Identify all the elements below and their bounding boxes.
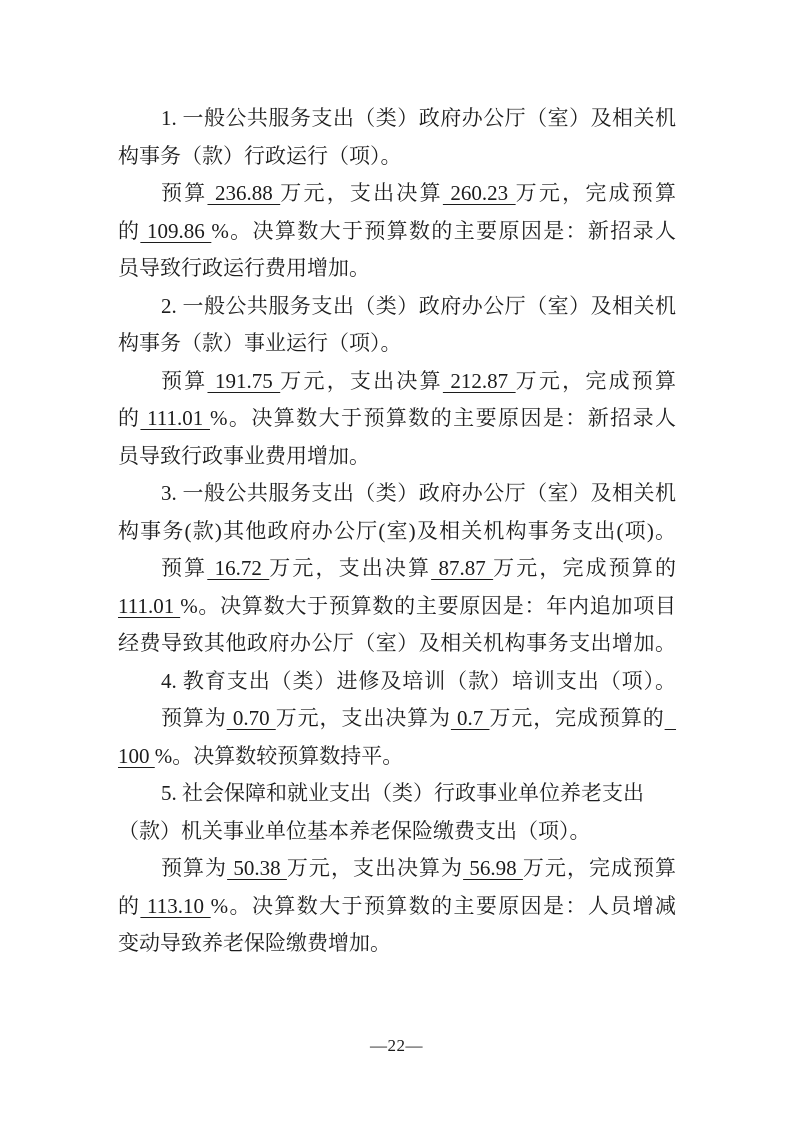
item-4-detail: 预算为 0.70 万元，支出决算为 0.7 万元，完成预算的 100 %。决算数… [118,700,676,775]
item2-budget-amount: 191.75 [207,369,280,393]
text-line: 111.01 %。决算数大于预算数的主要原因是：年内追加项目 [118,588,676,626]
text-run: 经费导致其他政府办公厅（室）及相关机构事务支出增加。 [118,631,676,655]
page-footer: —22— [0,1036,793,1056]
text-run: 的 [118,219,140,243]
text-run: 万元，完成预算 [523,856,676,880]
text-run: 的 [118,894,140,918]
item2-actual-amount: 212.87 [443,369,516,393]
item5-budget-amount: 50.38 [227,856,287,880]
item1-actual-amount: 260.23 [443,181,516,205]
text-line: 5. 社会保障和就业支出（类）行政事业单位养老支出 [118,775,676,813]
text-line: 预算为 0.70 万元，支出决算为 0.7 万元，完成预算的 [118,700,676,738]
text-run: 万元，完成预算的 [493,556,676,580]
text-run: 万元，支出决算为 [276,706,451,730]
text-run: 3. 一般公共服务支出（类）政府办公厅（室）及相关机 [161,481,676,505]
item-5-title: 5. 社会保障和就业支出（类）行政事业单位养老支出（款）机关事业单位基本养老保险… [118,775,676,850]
text-run: 的 [118,406,140,430]
text-run: 万元，完成预算的 [489,706,664,730]
item3-completion-rate: 111.01 [118,594,180,618]
item4-completion-rate: 100 [118,744,155,768]
item-1-title: 1. 一般公共服务支出（类）政府办公厅（室）及相关机构事务（款）行政运行（项）。 [118,100,676,175]
text-line: 的 111.01 %。决算数大于预算数的主要原因是：新招录人 [118,400,676,438]
text-line: 员导致行政事业费用增加。 [118,438,676,476]
item-1-detail: 预算 236.88 万元，支出决算 260.23 万元，完成预算的 109.86… [118,175,676,288]
blank-underline [665,706,676,730]
text-line: 4. 教育支出（类）进修及培训（款）培训支出（项）。 [118,663,676,701]
item4-budget-amount: 0.70 [227,706,276,730]
text-line: 经费导致其他政府办公厅（室）及相关机构事务支出增加。 [118,625,676,663]
item-4-title: 4. 教育支出（类）进修及培训（款）培训支出（项）。 [118,663,676,701]
text-run: 万元，完成预算 [516,369,676,393]
text-line: 构事务（款）事业运行（项）。 [118,325,676,363]
item3-budget-amount: 16.72 [207,556,269,580]
item3-actual-amount: 87.87 [431,556,493,580]
text-line: 100 %。决算数较预算数持平。 [118,738,676,776]
text-run: %。决算数大于预算数的主要原因是：新招录人 [210,406,676,430]
text-run: （款）机关事业单位基本养老保险缴费支出（项）。 [118,819,591,843]
text-run: 万元，支出决算为 [287,856,463,880]
item-5-detail: 预算为 50.38 万元，支出决算为 56.98 万元，完成预算的 113.10… [118,850,676,963]
text-run: 预算 [161,181,207,205]
item-3-title: 3. 一般公共服务支出（类）政府办公厅（室）及相关机构事务(款)其他政府办公厅(… [118,475,676,550]
text-line: 构事务(款)其他政府办公厅(室)及相关机构事务支出(项)。 [118,513,676,551]
page-number: —22— [370,1036,423,1055]
text-line: （款）机关事业单位基本养老保险缴费支出（项）。 [118,813,676,851]
text-line: 的 109.86 %。决算数大于预算数的主要原因是：新招录人 [118,213,676,251]
text-run: %。决算数大于预算数的主要原因是：新招录人 [211,219,676,243]
document-body: 1. 一般公共服务支出（类）政府办公厅（室）及相关机构事务（款）行政运行（项）。… [118,100,676,963]
text-line: 员导致行政运行费用增加。 [118,250,676,288]
text-run: 4. 教育支出（类）进修及培训（款）培训支出（项）。 [161,669,676,693]
text-run: 万元，支出决算 [280,181,443,205]
text-run: 构事务（款）行政运行（项）。 [118,144,402,168]
text-line: 1. 一般公共服务支出（类）政府办公厅（室）及相关机 [118,100,676,138]
text-line: 预算 16.72 万元，支出决算 87.87 万元，完成预算的 [118,550,676,588]
text-run: 预算 [161,556,207,580]
text-run: %。决算数大于预算数的主要原因是：人员增减 [211,894,676,918]
text-run: 员导致行政事业费用增加。 [118,444,370,468]
item2-completion-rate: 111.01 [140,406,210,430]
item-2-detail: 预算 191.75 万元，支出决算 212.87 万元，完成预算的 111.01… [118,363,676,476]
item-2-title: 2. 一般公共服务支出（类）政府办公厅（室）及相关机构事务（款）事业运行（项）。 [118,288,676,363]
text-line: 预算 236.88 万元，支出决算 260.23 万元，完成预算 [118,175,676,213]
item5-completion-rate: 113.10 [140,894,210,918]
text-line: 变动导致养老保险缴费增加。 [118,925,676,963]
item5-actual-amount: 56.98 [463,856,523,880]
text-run: 万元，支出决算 [280,369,443,393]
text-run: 1. 一般公共服务支出（类）政府办公厅（室）及相关机 [161,106,676,130]
text-run: 构事务（款）事业运行（项）。 [118,331,402,355]
text-line: 预算为 50.38 万元，支出决算为 56.98 万元，完成预算 [118,850,676,888]
text-run: 预算为 [161,856,227,880]
text-run: 预算 [161,369,207,393]
item1-completion-rate: 109.86 [140,219,211,243]
text-run: %。决算数大于预算数的主要原因是：年内追加项目 [180,594,676,618]
text-line: 构事务（款）行政运行（项）。 [118,138,676,176]
text-run: 员导致行政运行费用增加。 [118,256,370,280]
text-run: 万元，完成预算 [516,181,676,205]
text-run: 预算为 [161,706,227,730]
text-run: 变动导致养老保险缴费增加。 [118,931,391,955]
text-line: 的 113.10 %。决算数大于预算数的主要原因是：人员增减 [118,888,676,926]
text-line: 预算 191.75 万元，支出决算 212.87 万元，完成预算 [118,363,676,401]
text-line: 3. 一般公共服务支出（类）政府办公厅（室）及相关机 [118,475,676,513]
item4-actual-amount: 0.7 [451,706,490,730]
text-run: 5. 社会保障和就业支出（类）行政事业单位养老支出 [161,781,644,805]
item1-budget-amount: 236.88 [207,181,280,205]
item-3-detail: 预算 16.72 万元，支出决算 87.87 万元，完成预算的111.01 %。… [118,550,676,663]
document-page: 1. 一般公共服务支出（类）政府办公厅（室）及相关机构事务（款）行政运行（项）。… [0,0,793,1122]
text-line: 2. 一般公共服务支出（类）政府办公厅（室）及相关机 [118,288,676,326]
text-run: 万元，支出决算 [269,556,431,580]
text-run: 构事务(款)其他政府办公厅(室)及相关机构事务支出(项)。 [118,519,676,543]
text-run: %。决算数较预算数持平。 [155,744,404,768]
text-run: 2. 一般公共服务支出（类）政府办公厅（室）及相关机 [161,294,676,318]
